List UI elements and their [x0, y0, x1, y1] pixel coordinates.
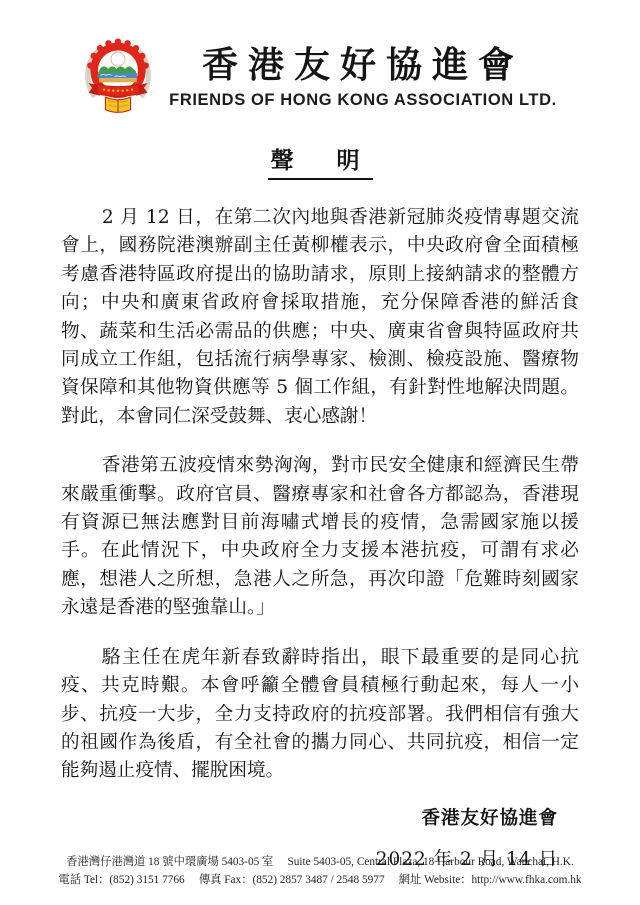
statement-title-text: 聲 明 — [268, 142, 373, 180]
open-book — [106, 97, 131, 112]
statement-title: 聲 明 — [0, 142, 640, 180]
paragraph-1: 2 月 12 日，在第二次內地與香港新冠肺炎疫情專題交流會上，國務院港澳辦副主任… — [61, 204, 579, 431]
footer-contact-line: 電話 Tel：(852) 3151 7766 傳真 Fax：(852) 2857… — [0, 872, 640, 890]
paragraph-3: 駱主任在虎年新春致辭時指出，眼下最重要的是同心抗疫、共克時艱。本會呼籲全體會員積… — [61, 644, 579, 786]
org-name-english: FRIENDS OF HONG KONG ASSOCIATION LTD. — [169, 91, 557, 110]
letter-footer: 香港灣仔港灣道 18 號中環廣場 5403-05 室 Suite 5403-05… — [0, 854, 640, 889]
org-name-chinese: 香港友好協進會 — [169, 42, 557, 89]
association-emblem-icon — [83, 32, 153, 120]
statement-body: 2 月 12 日，在第二次內地與香港新冠肺炎疫情專題交流會上，國務院港澳辦副主任… — [61, 204, 579, 786]
org-names: 香港友好協進會 FRIENDS OF HONG KONG ASSOCIATION… — [169, 42, 557, 111]
paragraph-2: 香港第五波疫情來勢洶洶，對市民安全健康和經濟民生帶來嚴重衝擊。政府官員、醫療專家… — [61, 452, 579, 622]
letterhead: 香港友好協進會 FRIENDS OF HONG KONG ASSOCIATION… — [0, 0, 640, 120]
signature-org-name: 香港友好協進會 — [0, 804, 558, 830]
footer-address-line: 香港灣仔港灣道 18 號中環廣場 5403-05 室 Suite 5403-05… — [0, 854, 640, 872]
statement-document-page: 香港友好協進會 FRIENDS OF HONG KONG ASSOCIATION… — [0, 0, 640, 905]
